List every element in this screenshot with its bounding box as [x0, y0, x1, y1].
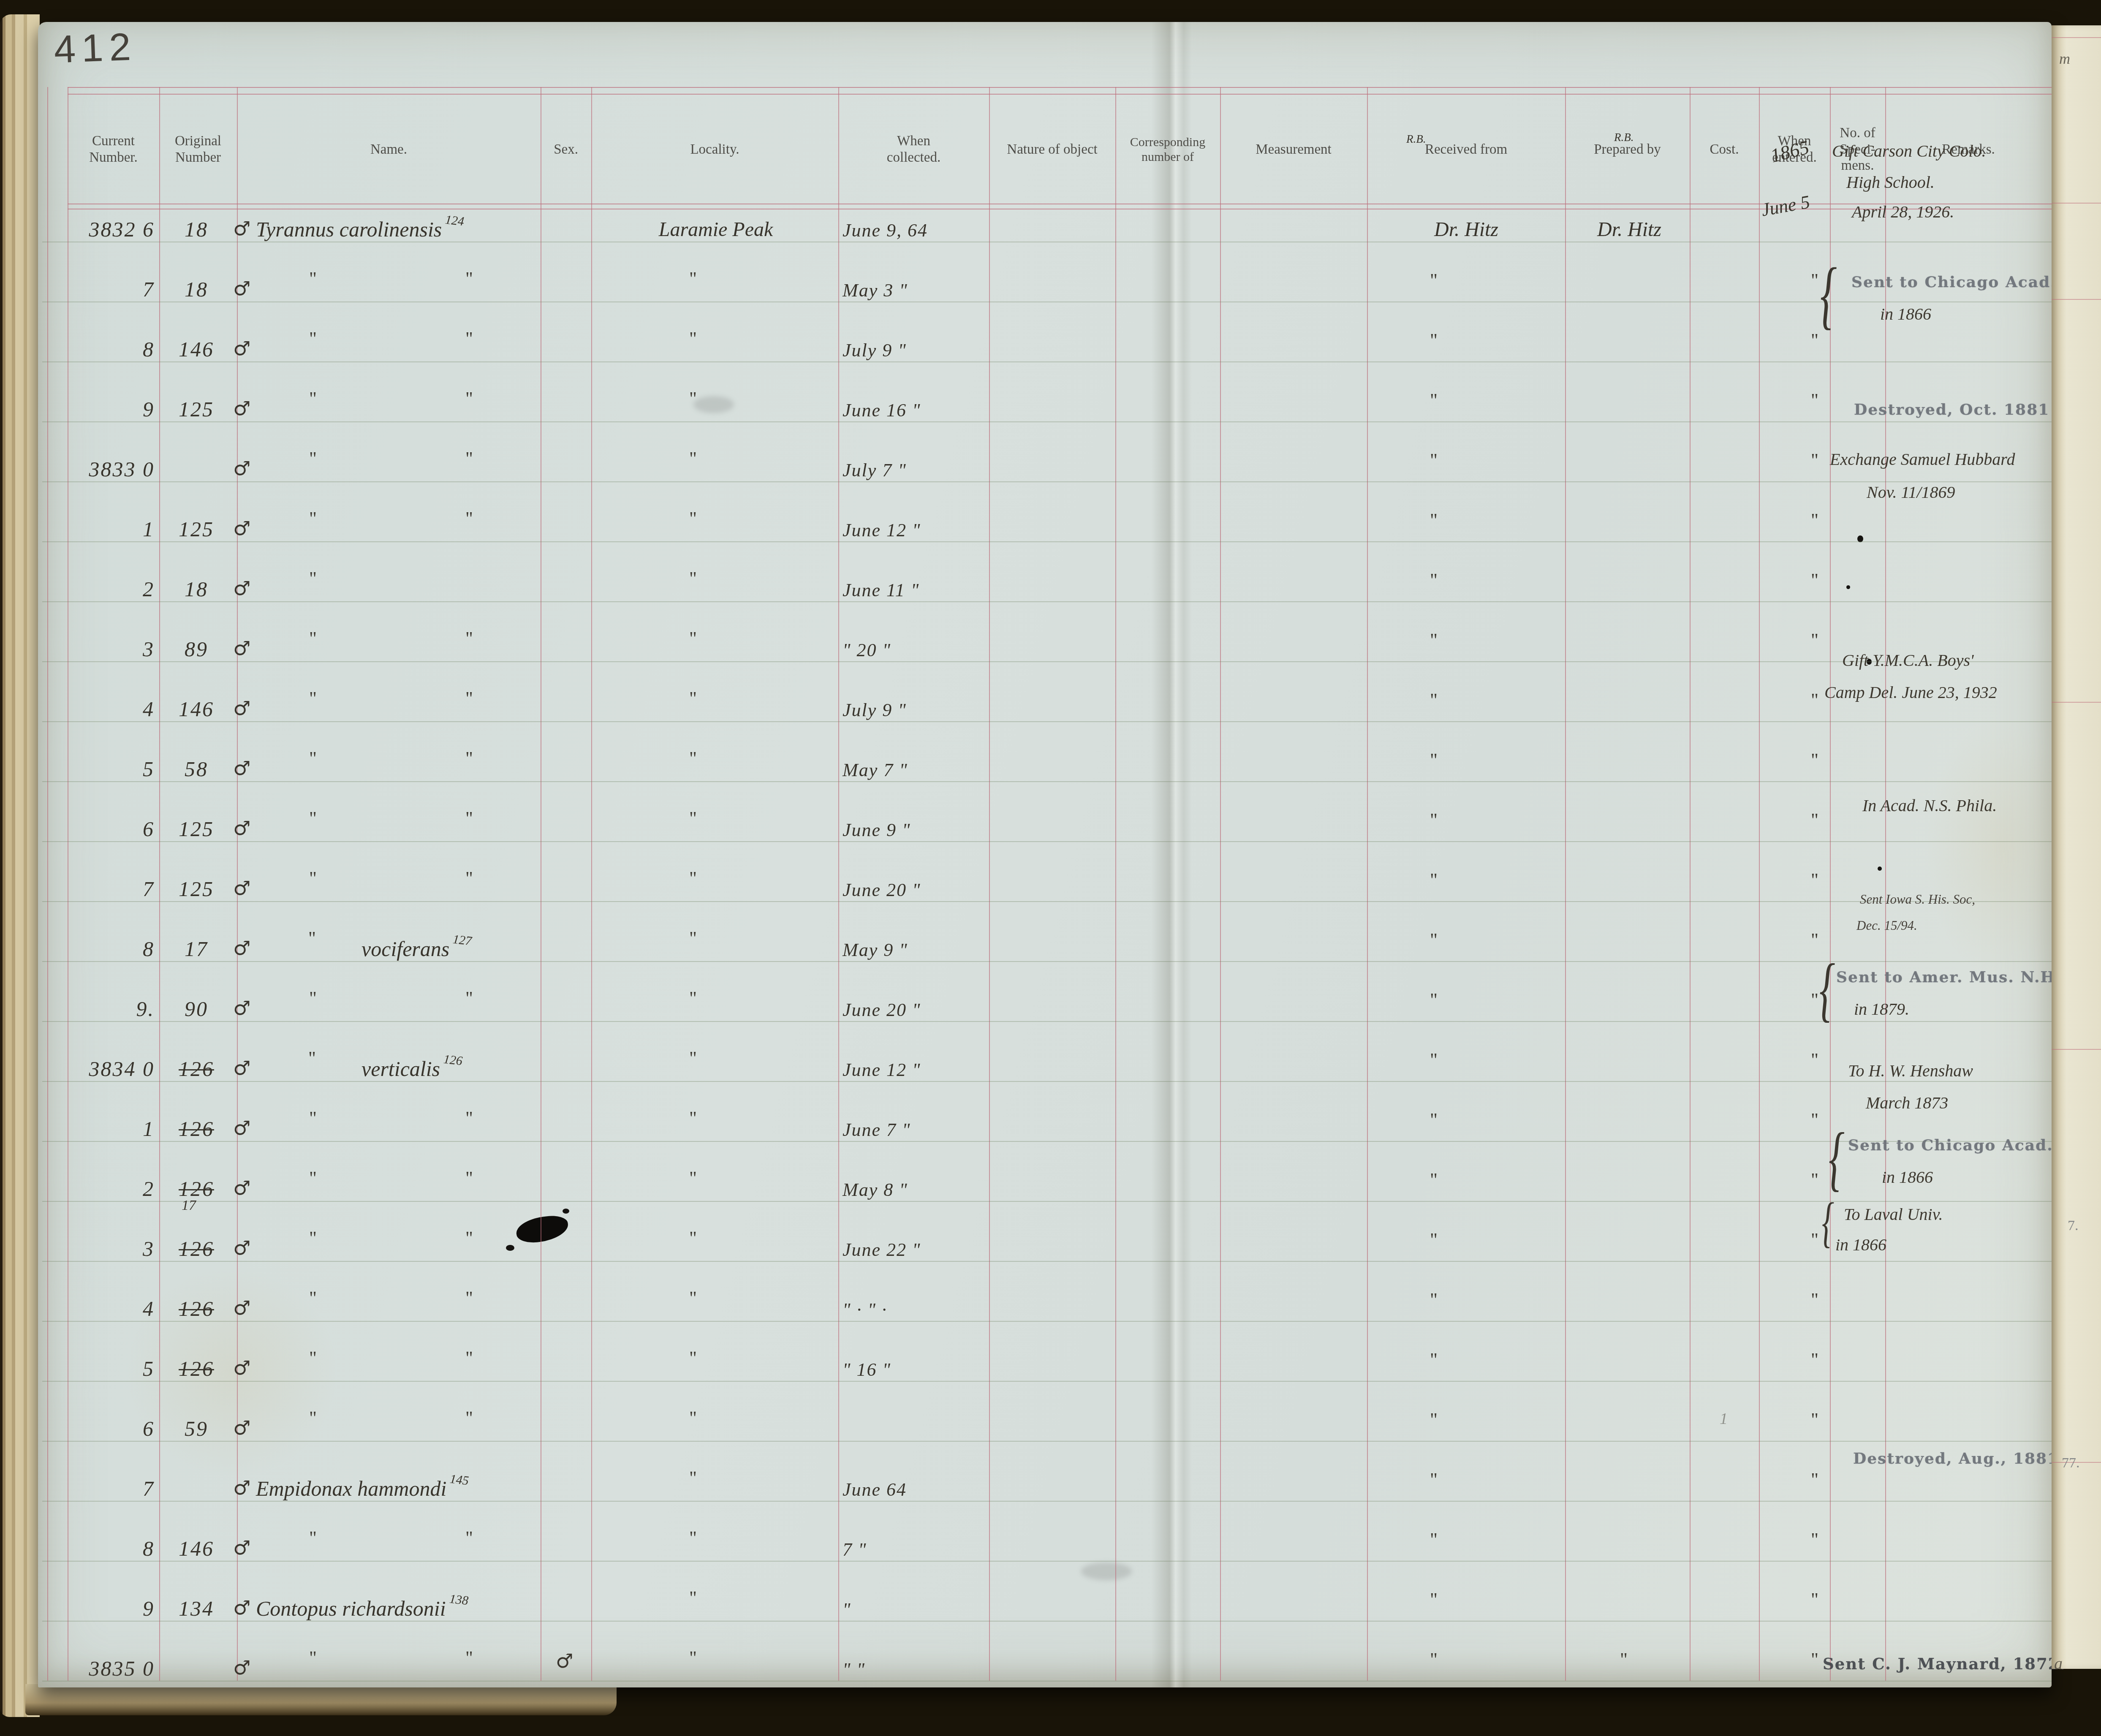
row-rule: [42, 721, 2052, 722]
column-header-cost: Cost.: [1690, 101, 1759, 198]
cell-name: Contopus richardsonii138: [256, 1580, 543, 1619]
cell-name-ditto: ": [308, 927, 316, 949]
cell-name-ditto: ": [309, 1347, 317, 1369]
cell-locality-ditto: ": [689, 1347, 697, 1369]
cell-original-number: 18: [163, 261, 230, 300]
cell-when-collected: May 8 ": [843, 1160, 986, 1199]
remark-chicago-2: in 1866: [1882, 1169, 1933, 1186]
cell-name-ditto: ": [309, 987, 317, 1009]
cell-locality-ditto: ": [689, 508, 697, 529]
cell-name-ditto: ": [465, 268, 473, 289]
remark-amer-mus: in 1879.: [1854, 1001, 1909, 1018]
cell-original-number: 134: [163, 1580, 230, 1619]
remark-iowa-soc: Sent Iowa S. His. Soc,: [1860, 893, 1975, 906]
cell-when-collected: June 64: [843, 1460, 986, 1499]
cell-when-collected: " 20 ": [843, 621, 986, 660]
remark-iowa-soc: Dec. 15/94.: [1856, 919, 1917, 932]
cell-current-number: 7: [63, 861, 155, 899]
cell-received-from-ditto: ": [1430, 1289, 1438, 1310]
cell-when-entered-ditto: ": [1811, 1229, 1818, 1250]
cell-original-number: 126: [163, 1280, 230, 1319]
cell-when-entered-ditto: ": [1811, 1109, 1818, 1130]
cell-original-number-correction: 17: [182, 1198, 196, 1214]
sex-mark: ♂: [233, 457, 250, 480]
sex-mark: ♂: [233, 637, 250, 660]
remark-henshaw: March 1873: [1866, 1095, 1948, 1111]
cell-locality-ditto: ": [689, 1587, 697, 1608]
remark-brace: {: [1829, 1122, 1845, 1195]
sex-mark: ♂: [233, 1476, 250, 1499]
remark-hubbard-exchange: Exchange Samuel Hubbard: [1830, 451, 2015, 468]
row-rule: [42, 601, 2052, 602]
cell-current-number: 1: [63, 1100, 155, 1139]
sex-mark: ♂: [233, 397, 250, 420]
remark-chicago-1: in 1866: [1880, 306, 1931, 323]
row-rule: [42, 541, 2052, 542]
cell-when-collected: June 12 ": [843, 501, 986, 540]
cell-when-collected: May 7 ": [843, 741, 986, 780]
page-number: 412: [53, 25, 137, 72]
cell-when-entered-ditto: ": [1811, 509, 1818, 531]
cell-when-collected: " 16 ": [843, 1340, 986, 1379]
cell-when-collected: " · " ·: [843, 1280, 986, 1319]
cell-when-entered-ditto: ": [1811, 869, 1818, 891]
cell-prepared-by-ditto: ": [1620, 1649, 1628, 1670]
cell-name-ditto: ": [309, 687, 317, 709]
sex-mark: ♂: [233, 997, 250, 1019]
row-rule: [42, 961, 2052, 962]
cell-current-number: 7: [63, 1460, 155, 1499]
cell-when-entered-ditto: ": [1811, 989, 1818, 1011]
row-rule: [42, 1201, 2052, 1202]
cell-original-number: 125: [163, 801, 230, 839]
cell-current-number: 8: [63, 321, 155, 360]
cell-name: verticalis126: [361, 1041, 649, 1079]
cell-locality-ditto: ": [689, 987, 697, 1009]
cell-name-ditto: ": [309, 328, 317, 349]
row-rule: [42, 242, 2052, 242]
cell-current-number: 3832 6: [63, 201, 155, 240]
cell-original-number: 125: [163, 501, 230, 540]
cell-name-ditto: ": [309, 568, 317, 589]
cell-name-ditto: ": [465, 328, 473, 349]
remark-carson-gift: Gift Carson City Colo.: [1832, 143, 1986, 160]
column-header-received-from: Received from: [1367, 101, 1565, 198]
cell-when-entered-ditto: ": [1811, 269, 1818, 291]
cell-current-number: 7: [63, 261, 155, 300]
cell-name-ditto: ": [309, 807, 317, 829]
ink-spatter: [506, 1245, 514, 1251]
cell-received-from-ditto: ": [1430, 1589, 1438, 1610]
cell-current-number: 1: [63, 501, 155, 540]
ink-spatter: [1846, 585, 1850, 589]
cell-when-collected: ": [843, 1580, 986, 1619]
cell-name-ditto: ": [465, 1647, 473, 1668]
cell-name: Tyrannus carolinensis124: [256, 201, 543, 240]
cell-original-number: 126: [163, 1220, 230, 1259]
cell-name-ditto: ": [309, 1527, 317, 1549]
cell-when-entered-ditto: ": [1811, 449, 1818, 471]
facing-page-bleed-mark: m: [2059, 50, 2070, 68]
facing-page-bleed-mark: a: [2054, 1654, 2063, 1674]
cell-when-collected: May 3 ": [843, 261, 986, 300]
remark-brace: {: [1822, 1194, 1834, 1250]
cell-when-entered-ditto: ": [1811, 1529, 1818, 1550]
ledger-content-layer: 412 Current Number.Original NumberName.S…: [0, 0, 2101, 1736]
ink-spatter: [1878, 867, 1882, 871]
column-header-name: Name.: [237, 101, 541, 198]
row-rule: [42, 1141, 2052, 1142]
sex-mark: ♂: [233, 1536, 250, 1559]
cell-original-number: 126: [163, 1340, 230, 1379]
cell-original-number: 18: [163, 201, 230, 240]
cell-name-ditto: ": [309, 1407, 317, 1429]
cell-locality: Laramie Peak: [604, 201, 828, 240]
cell-received-from-ditto: ": [1430, 1529, 1438, 1550]
cell-locality-ditto: ": [689, 448, 697, 469]
cell-current-number: 3833 0: [63, 441, 155, 480]
cell-original-number: 126: [163, 1100, 230, 1139]
cell-locality-ditto: ": [689, 1107, 697, 1129]
sex-mark: ♂: [233, 817, 250, 839]
cell-received-from-ditto: ": [1430, 269, 1438, 291]
cell-locality-ditto: ": [689, 1047, 697, 1069]
cell-when-collected: June 9, 64: [843, 201, 986, 240]
cell-current-number: 2: [63, 1160, 155, 1199]
cell-received-from-ditto: ": [1430, 749, 1438, 771]
cell-when-collected: May 9 ": [843, 921, 986, 959]
remark-brace: {: [1820, 257, 1837, 333]
sex-mark: ♂: [233, 1057, 250, 1079]
ink-blot: [515, 1214, 570, 1245]
cell-when-collected: " ": [843, 1640, 986, 1679]
row-rule: [42, 361, 2052, 362]
cell-original-number: 58: [163, 741, 230, 780]
column-header-corresponding-number: Corresponding number of: [1115, 101, 1220, 198]
cell-received-from-ditto: ": [1430, 1409, 1438, 1430]
sex-mark: ♂: [233, 937, 250, 959]
cell-name-ditto: ": [465, 747, 473, 769]
sex-mark: ♂: [233, 1416, 250, 1439]
row-rule: [42, 841, 2052, 842]
row-rule: [42, 1561, 2052, 1562]
cell-current-number: 8: [63, 921, 155, 959]
cell-name-ditto: ": [309, 1107, 317, 1129]
cell-received-from-ditto: ": [1430, 1109, 1438, 1130]
cell-when-collected: June 22 ": [843, 1220, 986, 1259]
remark-carson-gift: April 28, 1926.: [1852, 204, 1954, 220]
cell-name-ditto: ": [309, 867, 317, 889]
cell-locality-ditto: ": [689, 1527, 697, 1549]
remark-ymca-gift: Gift Y.M.C.A. Boys': [1842, 652, 1974, 669]
cell-original-number: 146: [163, 1520, 230, 1559]
header-top-rule: [68, 94, 2052, 95]
row-rule: [42, 1261, 2052, 1262]
paper-stain: [127, 1267, 338, 1478]
remark-hubbard-exchange: Nov. 11/1869: [1867, 484, 1955, 501]
sex-mark: ♂: [233, 757, 250, 780]
cell-received-from-ditto: ": [1430, 1169, 1438, 1190]
cell-name-ditto: ": [465, 1227, 473, 1249]
cell-when-entered-ditto: ": [1811, 929, 1818, 951]
column-header-sex: Sex.: [541, 101, 591, 198]
cell-current-number: 9: [63, 381, 155, 420]
ink-spatter: [563, 1209, 569, 1214]
cell-locality-ditto: ": [689, 1647, 697, 1668]
cell-name-ditto: ": [309, 747, 317, 769]
cell-when-collected: June 9 ": [843, 801, 986, 839]
sex-mark: ♂: [233, 877, 250, 899]
smudge-mark: [693, 396, 734, 413]
cell-name-ditto: ": [309, 628, 317, 649]
remark-destroyed-aug: Destroyed, Aug., 1881: [1853, 1451, 2059, 1466]
cell-current-number: 5: [63, 1340, 155, 1379]
cell-when-entered-ditto: ": [1811, 1649, 1818, 1670]
cell-name-ditto: ": [465, 1347, 473, 1369]
row-rule: [42, 1081, 2052, 1082]
cell-received-from-ditto: ": [1430, 389, 1438, 411]
row-rule: [42, 1381, 2052, 1382]
cell-current-number: 6: [63, 801, 155, 839]
column-header-locality: Locality.: [591, 101, 838, 198]
remark-maynard: Sent C. J. Maynard, 1872.: [1823, 1656, 2066, 1672]
cell-locality-ditto: ": [689, 1287, 697, 1309]
cell-name-ditto: ": [309, 1167, 317, 1189]
cell-when-entered-ditto: ": [1811, 1289, 1818, 1310]
column-header-when-collected: When collected.: [838, 101, 989, 198]
cell-when-collected: July 9 ": [843, 321, 986, 360]
sex-mark: ♂: [233, 217, 250, 240]
cell-locality-ditto: ": [689, 1407, 697, 1429]
cell-locality-ditto: ": [689, 268, 697, 289]
cell-locality-ditto: ": [689, 1467, 697, 1489]
remark-laval: in 1866: [1835, 1236, 1886, 1253]
sex-mark: ♂: [233, 517, 250, 540]
row-rule: [42, 1021, 2052, 1022]
cell-name-ditto: ": [465, 867, 473, 889]
cell-original-number: 18: [163, 561, 230, 600]
row-rule: [42, 781, 2052, 782]
cell-name-ditto: ": [309, 1647, 317, 1668]
cell-when-entered-ditto: ": [1811, 1469, 1818, 1490]
cell-when-entered-ditto: ": [1811, 569, 1818, 591]
cell-name: vociferans127: [361, 921, 649, 959]
cell-current-number: 3: [63, 1220, 155, 1259]
cell-name-ditto: ": [465, 388, 473, 409]
cell-name-ditto: ": [465, 1287, 473, 1309]
remark-ymca-gift: Camp Del. June 23, 1932: [1824, 684, 1997, 701]
cell-when-entered-ditto: ": [1811, 1169, 1818, 1190]
cell-current-number: 3835 0: [63, 1640, 155, 1679]
facing-page-rule: [2052, 702, 2101, 703]
cell-when-entered-ditto: ": [1811, 1349, 1818, 1370]
sex-mark: ♂: [233, 577, 250, 600]
remark-amer-mus: Sent to Amer. Mus. N.H.: [1836, 970, 2062, 985]
row-rule: [42, 1621, 2052, 1622]
cell-when-collected: June 20 ": [843, 861, 986, 899]
sex-mark: ♂: [233, 1596, 250, 1619]
cell-name-ditto: ": [309, 1227, 317, 1249]
cell-received-from-ditto: ": [1430, 629, 1438, 651]
sex-mark: ♂: [233, 1296, 250, 1319]
cell-current-number: 9.: [63, 981, 155, 1019]
facing-page-bleed-mark: 77.: [2062, 1455, 2080, 1471]
cell-name-ditto: ": [465, 1527, 473, 1549]
row-rule: [42, 481, 2052, 482]
cell-name-ditto: ": [465, 628, 473, 649]
cell-original-number: 59: [163, 1400, 230, 1439]
cell-original-number: 146: [163, 681, 230, 720]
cell-locality-ditto: ": [689, 388, 697, 409]
cell-name-ditto: ": [309, 268, 317, 289]
cell-name-ditto: ": [309, 508, 317, 529]
cell-name-ditto: ": [465, 448, 473, 469]
cell-received-from-ditto: ": [1430, 1349, 1438, 1370]
cell-locality-ditto: ": [689, 568, 697, 589]
cell-name-ditto: ": [465, 508, 473, 529]
cell-when-entered-ditto: ": [1811, 629, 1818, 651]
cell-received-from-ditto: ": [1430, 1229, 1438, 1250]
cell-when-entered-ditto: ": [1811, 749, 1818, 771]
facing-page-rule: [2052, 1049, 2101, 1050]
sex-mark: ♂: [233, 1656, 250, 1679]
cell-original-number: 125: [163, 381, 230, 420]
row-rule: [42, 1501, 2052, 1502]
row-rule: [42, 1441, 2052, 1442]
cell-locality-ditto: ": [689, 927, 697, 949]
cell-when-entered-ditto: ": [1811, 1049, 1818, 1070]
cell-received-from: Dr. Hitz: [1373, 201, 1559, 240]
cell-sex: ♂: [556, 1649, 573, 1672]
row-rule: [42, 421, 2052, 422]
cell-name-ditto: ": [309, 388, 317, 409]
cell-current-number: 5: [63, 741, 155, 780]
received-initials: R.B.: [1406, 133, 1426, 146]
facing-page-rule: [2052, 299, 2101, 300]
cell-name-ditto: ": [465, 1407, 473, 1429]
cell-when-collected: June 16 ": [843, 381, 986, 420]
cell-locality-ditto: ": [689, 687, 697, 709]
cell-when-entered-ditto: ": [1811, 389, 1818, 411]
sex-mark: ♂: [233, 697, 250, 720]
prepared-initials: R.B.: [1614, 131, 1634, 144]
cell-name-ditto: ": [465, 687, 473, 709]
cell-locality-ditto: ": [689, 867, 697, 889]
cell-original-number: 126: [163, 1160, 230, 1199]
cell-received-from-ditto: ": [1430, 809, 1438, 831]
row-rule: [42, 661, 2052, 662]
smudge-mark: [1081, 1562, 1132, 1580]
cell-when-collected: June 7 ": [843, 1100, 986, 1139]
cell-received-from-ditto: ": [1430, 1469, 1438, 1490]
cell-when-collected: July 7 ": [843, 441, 986, 480]
cell-prepared-by: Dr. Hitz: [1572, 201, 1687, 240]
sex-mark: ♂: [233, 277, 250, 300]
book-scan: 412 Current Number.Original NumberName.S…: [0, 0, 2101, 1736]
column-header-nature-of-object: Nature of object: [989, 101, 1115, 198]
cell-when-collected: June 12 ": [843, 1041, 986, 1079]
row-rule: [42, 901, 2052, 902]
cell-locality-ditto: ": [689, 747, 697, 769]
remark-brace: {: [1819, 953, 1835, 1025]
cell-name-ditto: ": [465, 1107, 473, 1129]
cell-current-number: 8: [63, 1520, 155, 1559]
cell-received-from-ditto: ": [1430, 869, 1438, 891]
sex-mark: ♂: [233, 337, 250, 360]
cell-name-ditto: ": [309, 1287, 317, 1309]
cell-received-from-ditto: ": [1430, 1649, 1438, 1670]
cell-name-ditto: ": [465, 987, 473, 1009]
sex-mark: ♂: [233, 1356, 250, 1379]
facing-page-rule: [2052, 203, 2101, 204]
cell-received-from-ditto: ": [1430, 449, 1438, 471]
cell-received-from-ditto: ": [1430, 569, 1438, 591]
cell-name-ditto: ": [465, 1167, 473, 1189]
header-top-rule: [68, 87, 2052, 88]
remark-acad-phila: In Acad. N.S. Phila.: [1862, 797, 1997, 814]
cell-cost: 1: [1720, 1410, 1728, 1428]
column-header-original-number: Original Number: [159, 101, 237, 198]
row-rule: [42, 1681, 2052, 1682]
cell-name-ditto: ": [465, 807, 473, 829]
cell-current-number: 4: [63, 681, 155, 720]
cell-locality-ditto: ": [689, 628, 697, 649]
remark-laval: To Laval Univ.: [1844, 1206, 1943, 1223]
cell-received-from-ditto: ": [1430, 929, 1438, 951]
cell-received-from-ditto: ": [1430, 509, 1438, 531]
cell-original-number: 126: [163, 1041, 230, 1079]
cell-current-number: 6: [63, 1400, 155, 1439]
row-rule: [42, 302, 2052, 302]
cell-when-collected: June 11 ": [843, 561, 986, 600]
cell-when-entered-ditto: ": [1811, 809, 1818, 831]
facing-page-rule: [2052, 37, 2101, 38]
cell-locality-ditto: ": [689, 1227, 697, 1249]
cell-locality-ditto: ": [689, 807, 697, 829]
cell-when-entered-ditto: ": [1811, 1589, 1818, 1610]
cell-current-number: 3834 0: [63, 1041, 155, 1079]
cell-name: Empidonax hammondi145: [256, 1460, 543, 1499]
cell-received-from-ditto: ": [1430, 689, 1438, 711]
sex-mark: ♂: [233, 1176, 250, 1199]
cell-current-number: 2: [63, 561, 155, 600]
cell-original-number: 125: [163, 861, 230, 899]
sex-mark: ♂: [233, 1117, 250, 1139]
cell-original-number: 17: [163, 921, 230, 959]
cell-current-number: 4: [63, 1280, 155, 1319]
cell-locality-ditto: ": [689, 328, 697, 349]
cell-when-collected: June 20 ": [843, 981, 986, 1019]
cell-when-entered-ditto: ": [1811, 689, 1818, 711]
sex-mark: ♂: [233, 1236, 250, 1259]
cell-when-collected: July 9 ": [843, 681, 986, 720]
cell-when-entered-ditto: ": [1811, 1409, 1818, 1430]
cell-name-ditto: ": [309, 448, 317, 469]
cell-when-entered-ditto: ": [1811, 329, 1818, 351]
remark-destroyed-oct: Destroyed, Oct. 1881: [1854, 402, 2049, 417]
cell-current-number: 3: [63, 621, 155, 660]
remark-carson-gift: High School.: [1846, 174, 1935, 191]
cell-when-collected: 7 ": [843, 1520, 986, 1559]
cell-original-number: 146: [163, 321, 230, 360]
remark-henshaw: To H. W. Henshaw: [1848, 1062, 1973, 1079]
cell-original-number: 89: [163, 621, 230, 660]
column-header-current-number: Current Number.: [68, 101, 159, 198]
cell-locality-ditto: ": [689, 1167, 697, 1189]
facing-page-bleed-mark: 7.: [2068, 1218, 2079, 1234]
cell-original-number: 90: [163, 981, 230, 1019]
facing-page-edge: m7.77.a: [2052, 25, 2101, 1669]
